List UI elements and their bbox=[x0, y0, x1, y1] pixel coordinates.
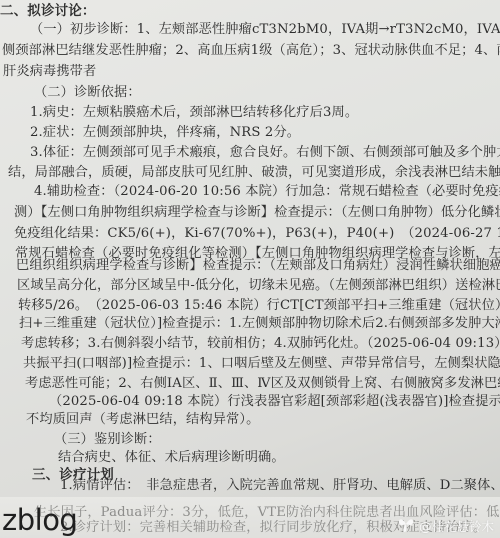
history-text: 1.病史：左颊粘膜癌术后，颈部淋巴结转移化疗后3周。 bbox=[30, 105, 358, 121]
aux-exam-text: 共振平扫(口咽部)]检查提示：1、口咽后壁及左侧壁、声带异常信号，左侧梨状隐窝变… bbox=[23, 356, 500, 372]
aux-exam-text: 4.辅助检查：（2024-06-20 10:56 本院）行加急：常规石蜡检查（必… bbox=[34, 184, 500, 200]
preliminary-diagnosis-line: 肝炎病毒携带者 bbox=[3, 64, 96, 80]
plan-assessment-text: 1.病情评估： 非急症患者，入院完善血常规、肝肾功、电解质、D二聚体、血管内皮 bbox=[60, 478, 500, 494]
aux-exam-text: 考虑转移；3.右侧斜裂小结节，较前相仿；4.双肺钙化灶。（2025-06-04 … bbox=[21, 336, 500, 352]
author-watermark: @桂花悬铃木 bbox=[396, 515, 494, 536]
aux-exam-text: 免疫组化结果：CK5/6(+)，Ki-67(70%+)，P63(+)，P40(+… bbox=[14, 226, 500, 242]
flower-icon bbox=[396, 515, 416, 536]
differential-diagnosis-text: 结合病史、体征、术后病理诊断明确。 bbox=[58, 450, 285, 466]
section-heading-discussion: 二、拟诊讨论： bbox=[0, 3, 96, 19]
aux-exam-text: （2025-06-04 09:18 本院）行浅表器官彩超[颈部彩超(浅表器官)]… bbox=[49, 394, 500, 410]
aux-exam-text: 不均质回声（考虑淋巴结，结构异常）。 bbox=[26, 412, 259, 428]
symptoms-text: 2.症状：左侧颈部肿块，伴疼痛，NRS 2分。 bbox=[30, 125, 300, 141]
signs-text: 结，局部融合，质硬，局部皮肤可见红肿、破溃，可见窦道形成，余浅表淋巴结未触及。 bbox=[8, 165, 500, 181]
signs-text: 3.体征：左侧颈部可见手术瘢痕，愈合良好。右侧下颌、右侧颈部可触及多个肿大淋巴 bbox=[30, 145, 500, 161]
aux-exam-text: 区域呈高分化，部分区域呈中-低分化，切缘未见癌。（左侧颈部淋巴组织）送检淋巴结见… bbox=[17, 278, 500, 294]
zblog-logo: zblog bbox=[2, 503, 77, 537]
preliminary-diagnosis-line: （一）初步诊断：1、左颊部恶性肿瘤cT3N2bM0，IVA期→rT3N2cM0，… bbox=[30, 22, 500, 38]
differential-diagnosis-heading: （三）鉴别诊断： bbox=[54, 432, 161, 448]
document-photo: 二、拟诊讨论： （一）初步诊断：1、左颊部恶性肿瘤cT3N2bM0，IVA期→r… bbox=[0, 0, 500, 538]
preliminary-diagnosis-line: 侧颈部淋巴结继发恶性肿瘤；2、高血压病1级（高危）；3、冠状动脉供血不足；4、丙… bbox=[2, 43, 500, 59]
watermark-text: @桂花悬铃木 bbox=[419, 517, 494, 535]
aux-exam-text: 测）【左侧口角肿物组织病理学检查与诊断】检查提示：（左侧口角肿物）低分化鳞状细胞… bbox=[14, 205, 500, 221]
aux-exam-text: 考虑恶性可能；2、右侧IA区、Ⅱ、Ⅲ、Ⅳ区及双侧锁骨上窝、右侧腋窝多发淋巴结转移… bbox=[25, 376, 500, 392]
aux-exam-text: 巴组织组织病理学检查与诊断】检查提示：（左颊部及口角病灶）浸润性鳞状细胞癌，部分 bbox=[16, 258, 500, 274]
diagnostic-basis-heading: （二）诊断依据： bbox=[34, 85, 141, 101]
aux-exam-text: 转移5/26。 （2025-06-03 15:46 本院）行CT[CT颈部平扫+… bbox=[18, 298, 500, 314]
aux-exam-text: 扫+三维重建（冠状位）]检查提示：1.左侧颊部肿物切除术后2.右侧颈部多发肿大淋… bbox=[19, 316, 500, 332]
